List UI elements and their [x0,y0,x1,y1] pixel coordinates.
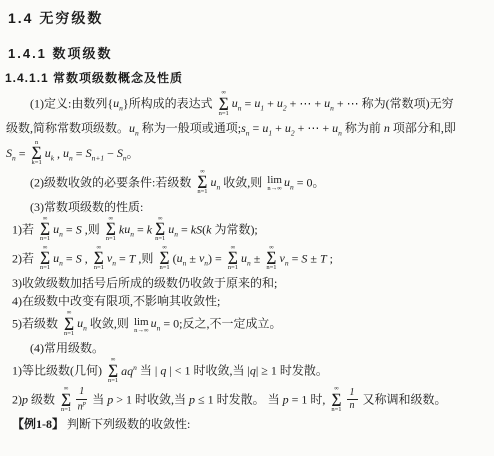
sigma-glyph: ∑ [160,251,170,265]
math-fraction: 1n [347,388,358,412]
section-heading: 1.4 无穷级数 [8,8,488,28]
text-segment: 收敛,则 [220,175,265,189]
sum-icon: ∞∑n=1 [108,357,118,384]
text-segment: + [272,121,285,135]
sum-icon: ∞∑n=1 [64,310,74,337]
sum-lower-limit: n=1 [106,236,116,243]
sum-lower-limit: n=1 [155,236,165,243]
text-segment: + ⋯ + [287,96,325,110]
math-var: un [124,222,134,236]
text-segment: ( [173,251,177,265]
text-segment: ,则 [82,222,103,236]
sum-lower-limit: k=1 [32,160,42,167]
text-segment: = 0。 [294,175,325,189]
sigma-glyph: ∑ [219,97,229,111]
text-segment: 2) [12,393,22,407]
text-segment: = 0;反之,不一定成立。 [160,316,281,330]
sum-lower-limit: n=1 [40,265,50,272]
text-segment: , [54,146,63,160]
math-fraction: 1np [76,387,87,412]
math-var: Sn+1 [86,146,105,160]
sum-icon: ∞∑n=1 [197,169,207,196]
sum-lower-limit: n=1 [159,265,169,272]
text-segment: , [82,251,91,265]
text-segment: + ⋯ + [295,121,333,135]
text-segment: = 1 时, [289,393,329,407]
math-var: Sn [6,146,16,160]
sum-lower-limit: n=1 [228,265,238,272]
text-line: (4)常用级数。 [4,340,488,356]
text-segment: 级数 [28,393,58,407]
text-segment: = [250,121,263,135]
text-segment: ,则 [135,251,156,265]
text-segment: (2)级数收敛的必要条件:若级数 [30,175,194,189]
math-var: Sn [117,146,127,160]
math-var: un [324,96,334,110]
math-var: un [232,96,242,110]
sigma-glyph: ∑ [32,146,42,160]
text-segment: + [264,96,277,110]
math-var: un [151,316,161,330]
text-segment: 收敛,则 [87,316,132,330]
sum-icon: ∞∑n=1 [159,245,169,272]
math-var: un [113,96,123,110]
math-var: vn [199,251,208,265]
math-var: vn [107,251,116,265]
sum-icon: ∞∑n=1 [155,216,165,243]
sum-lower-limit: n=1 [94,265,104,272]
fraction-numerator: 1 [76,387,87,400]
sigma-glyph: ∑ [228,251,238,265]
text-segment: | < 1 时收敛,当 | [166,364,250,378]
math-subscript: n+1 [92,153,105,162]
sum-lower-limit: n=1 [266,265,276,272]
math-var: un [332,121,342,135]
sum-icon: n∑k=1 [32,140,42,167]
text-segment: 称为前 [342,121,384,135]
sigma-glyph: ∑ [40,222,50,236]
text-segment: 级数,简称常数项级数。 [6,121,129,135]
text-segment: = [289,251,302,265]
text-segment: 。 [127,146,139,160]
text-line: 级数,简称常数项级数。un 称为一般项或通项;sn = u1 + u2 + ⋯ … [4,120,488,139]
limit-subscript: n→∞ [134,328,148,335]
math-var: un [77,316,87,330]
math-var: kS [191,222,202,236]
text-segment: 又称调和级数。 [360,393,447,407]
text-segment: 为常数); [211,222,257,236]
sum-lower-limit: n=1 [197,189,207,196]
sum-icon: ∞∑n=1 [331,386,341,413]
text-segment: ± [251,251,264,265]
text-line: 【例1-8】 判断下列级数的收敛性: [4,416,488,432]
math-var: un [53,222,63,236]
text-segment: ± [307,251,320,265]
text-segment: ; [327,251,333,265]
text-segment: 4)在级数中改变有限项,不影响其收敛性; [12,294,220,308]
text-segment: 当 [89,393,107,407]
text-segment: = [242,96,255,110]
text-line: (3)常数项级数的性质: [4,199,488,215]
text-segment: = [73,146,86,160]
text-segment: > 1 时收敛,当 [113,393,189,407]
text-segment: 1)若 [12,222,37,236]
text-segment: 1)等比级数(几何) [12,364,105,378]
sum-icon: ∞∑n=1 [266,245,276,272]
math-var: un [53,251,63,265]
sigma-glyph: ∑ [266,251,276,265]
text-segment: 3)收敛级数加括号后所成的级数仍收敛于原来的和; [12,276,277,290]
math-var: un [129,121,139,135]
text-segment: − [104,146,117,160]
text-line: 1)若 ∞∑n=1un = S ,则 ∞∑n=1kun = k∞∑n=1un =… [4,217,488,244]
subsection-heading: 1.4.1 数项级数 [8,43,488,62]
text-segment: ) = [208,251,225,265]
subsubsection-heading: 1.4.1.1 常数项级数概念及性质 [5,69,488,86]
math-var: u1 [262,121,272,135]
text-line: 4)在级数中改变有限项,不影响其收敛性; [4,293,488,309]
text-segment: = [178,222,191,236]
document-body: (1)定义:由数列{un}所构成的表达式 ∞∑n=1un = u1 + u2 +… [4,91,488,432]
text-line: 2)p 级数 ∞∑n=11np 当 p > 1 时收敛,当 p ≤ 1 时发散。… [4,387,488,414]
text-line: 5)若级数 ∞∑n=1un 收敛,则 limn→∞un = 0;反之,不一定成立… [4,311,488,338]
sigma-glyph: ∑ [106,222,116,236]
text-segment: + ⋯ 称为(常数项)无穷 [334,96,454,110]
text-line: (2)级数收敛的必要条件:若级数 ∞∑n=1un 收敛,则 limn→∞un =… [4,170,488,197]
textbook-page: 1.4 无穷级数 1.4.1 数项级数 1.4.1.1 常数项级数概念及性质 (… [0,0,494,432]
math-superscript: p [83,400,86,407]
math-var: u2 [277,96,287,110]
text-segment: ≤ 1 时发散。 当 [195,393,283,407]
sum-icon: ∞∑n=1 [106,216,116,243]
text-line: (1)定义:由数列{un}所构成的表达式 ∞∑n=1un = u1 + u2 +… [4,91,488,118]
text-line: 3)收敛级数加括号后所成的级数仍收敛于原来的和; [4,275,488,291]
limit-subscript: n→∞ [267,186,281,193]
text-segment: (3)常数项级数的性质: [30,200,143,214]
math-var: sn [241,121,249,135]
text-segment: (1)定义:由数列{ [30,96,113,110]
text-segment: 项部分和,即 [390,121,456,135]
sum-icon: ∞∑n=1 [40,216,50,243]
sigma-glyph: ∑ [64,317,74,331]
sigma-glyph: ∑ [155,222,165,236]
text-segment: 当 | [137,364,160,378]
text-segment: = [63,222,76,236]
math-var: un [177,251,187,265]
text-line: 1)等比级数(几何) ∞∑n=1aqn 当 | q | < 1 时收敛,当 |q… [4,358,488,385]
math-var: u1 [254,96,264,110]
math-var: T [320,251,327,265]
sum-lower-limit: n=1 [331,407,341,414]
sum-icon: ∞∑n=1 [94,245,104,272]
sigma-glyph: ∑ [108,364,118,378]
text-segment: = [16,146,29,160]
sum-lower-limit: n=1 [64,331,74,338]
fraction-denominator: np [78,400,86,413]
sum-icon: ∞∑n=1 [219,90,229,117]
fraction-numerator: 1 [347,388,358,401]
math-var: k [147,222,152,236]
limit-operator: limn→∞ [267,175,282,193]
text-segment: 2)若 [12,251,37,265]
math-var: un [63,146,73,160]
limit-operator: limn→∞ [134,317,149,335]
math-var: un [241,251,251,265]
text-segment: 判断下列级数的收敛性: [64,417,190,431]
sum-lower-limit: n=1 [61,407,71,414]
text-segment: 称为一般项或通项; [139,121,241,135]
text-segment: }所构成的表达式 [123,96,216,110]
text-segment: | ≥ 1 时发散。 [256,364,328,378]
sum-icon: ∞∑n=1 [40,245,50,272]
math-var: un [168,222,178,236]
text-segment: 5)若级数 [12,316,61,330]
text-line: 2)若 ∞∑n=1un = S , ∞∑n=1vn = T ,则 ∞∑n=1(u… [4,246,488,273]
sum-lower-limit: n=1 [219,111,229,118]
text-segment: ± [186,251,199,265]
math-var: aqn [121,364,137,378]
text-segment: (4)常用级数。 [30,341,104,355]
text-segment: = [63,251,76,265]
sigma-glyph: ∑ [94,251,104,265]
math-var: vn [279,251,288,265]
bold-text: 【例1-8】 [12,417,64,431]
sigma-glyph: ∑ [331,393,341,407]
text-line: Sn = n∑k=1uk , un = Sn+1 − Sn。 [4,141,488,168]
math-var: un [284,175,294,189]
math-var: u2 [285,121,295,135]
fraction-denominator: n [350,400,355,412]
sigma-glyph: ∑ [197,175,207,189]
text-segment: = [116,251,129,265]
sigma-glyph: ∑ [40,251,50,265]
sum-lower-limit: n=1 [40,236,50,243]
sum-lower-limit: n=1 [108,378,118,385]
sum-icon: ∞∑n=1 [61,386,71,413]
text-segment: = [134,222,147,236]
sum-icon: ∞∑n=1 [228,245,238,272]
math-var: un [211,175,221,189]
math-var: uk [45,146,54,160]
sigma-glyph: ∑ [61,393,71,407]
